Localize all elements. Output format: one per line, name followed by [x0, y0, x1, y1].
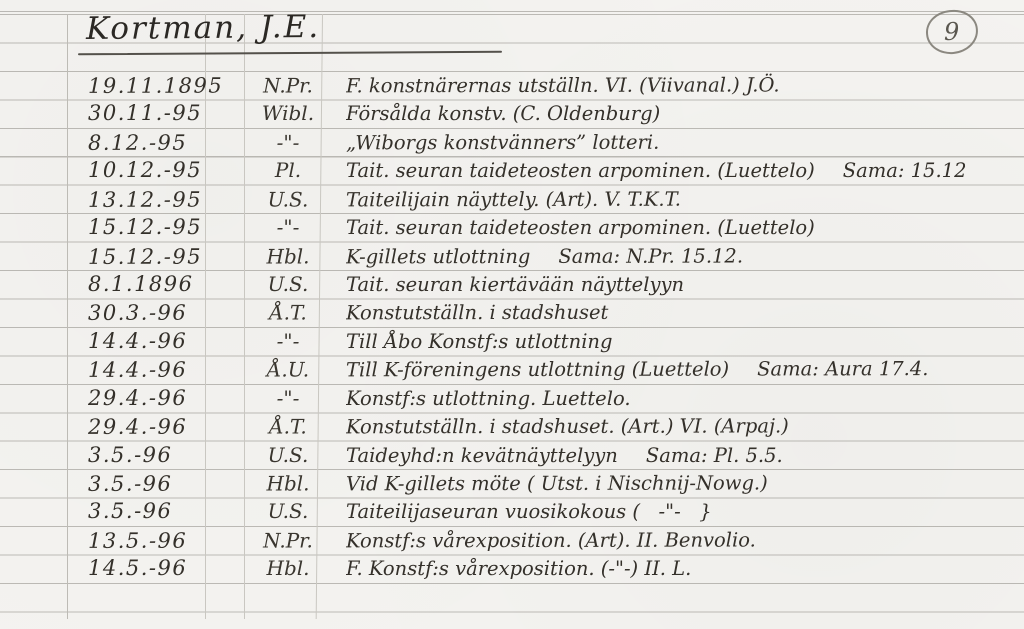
- description-text: „Wiborgs konstvänners” lotteri.: [346, 130, 659, 154]
- description-text: F. Konstf:s vårexposition. (-"-) II. L.: [346, 557, 691, 580]
- date-cell: 14.4.-96: [0, 327, 230, 355]
- source-cell: -"-: [230, 213, 346, 241]
- date-cell: 14.5.-96: [0, 554, 230, 582]
- title-underline: [78, 51, 502, 56]
- date-cell: 13.12.-95: [0, 185, 230, 214]
- date-cell: 19.11.1895: [0, 71, 230, 100]
- description-cell: Tait. seuran taideteosten arpominen. (Lu…: [346, 157, 1024, 185]
- description-text: F. konstnärernas utställn. VI. (Viivanal…: [346, 73, 780, 97]
- description-text: Försålda konstv. (C. Oldenburg): [346, 102, 660, 125]
- table-row: 15.12.-95 -"- Tait. seuran taideteosten …: [0, 213, 1024, 241]
- source-cell: -"-: [230, 327, 346, 355]
- description-text: Konstf:s vårexposition. (Art). II. Benvo…: [346, 528, 756, 552]
- description-text: Konstf:s utlottning. Luettelo.: [346, 387, 631, 410]
- table-row: 14.4.-96 Å.U. Till K-föreningens utlottn…: [0, 354, 1024, 385]
- description-cell: Konstutställn. i stadshuset: [346, 298, 1024, 328]
- ledger-rows: 19.11.1895 N.Pr. F. konstnärernas utstäl…: [0, 71, 1024, 583]
- source-cell: Hbl.: [230, 469, 346, 498]
- description-cell: Försålda konstv. (C. Oldenburg): [346, 100, 1024, 128]
- description-cell: Tait. seuran taideteosten arpominen. (Lu…: [346, 214, 1024, 242]
- description-text: Tait. seuran kiertävään näyttelyyn: [346, 273, 684, 296]
- source-cell: U.S.: [230, 441, 346, 469]
- description-cell: K-gillets utlottningSama: N.Pr. 15.12.: [346, 241, 1024, 271]
- table-row: 30.3.-96 Å.T. Konstutställn. i stadshuse…: [0, 297, 1024, 328]
- source-cell: Å.T.: [230, 412, 346, 441]
- source-cell: N.Pr.: [230, 526, 346, 555]
- page-number: 9: [944, 18, 959, 46]
- description-cell: Konstf:s utlottning. Luettelo.: [346, 385, 1024, 413]
- table-row: 29.4.-96 Å.T. Konstutställn. i stadshuse…: [0, 411, 1024, 442]
- date-cell: 8.12.-95: [0, 128, 230, 157]
- description-cell: Till K-föreningens utlottning (Luettelo)…: [346, 355, 1024, 385]
- description-text: Tait. seuran taideteosten arpominen. (Lu…: [346, 159, 815, 182]
- table-row: 10.12.-95 Pl. Tait. seuran taideteosten …: [0, 156, 1024, 184]
- note-text: Sama: 15.12: [843, 159, 967, 182]
- date-cell: 13.5.-96: [0, 526, 230, 555]
- date-cell: 30.3.-96: [0, 299, 230, 328]
- note-text: Sama: Aura 17.4.: [757, 357, 928, 380]
- description-text: Tait. seuran taideteosten arpominen. (Lu…: [346, 216, 815, 239]
- table-row: 19.11.1895 N.Pr. F. konstnärernas utstäl…: [0, 70, 1024, 101]
- source-cell: U.S.: [230, 185, 346, 214]
- table-row: 3.5.-96 Hbl. Vid K-gillets möte ( Utst. …: [0, 468, 1024, 499]
- description-cell: „Wiborgs konstvänners” lotteri.: [346, 128, 1024, 158]
- source-cell: Wibl.: [230, 99, 346, 127]
- description-text: Vid K-gillets möte ( Utst. i Nischnij-No…: [346, 471, 768, 495]
- description-cell: F. konstnärernas utställn. VI. (Viivanal…: [346, 71, 1024, 101]
- description-text: Taideyhd:n kevätnäyttelyyn: [346, 444, 618, 467]
- date-cell: 15.12.-95: [0, 242, 230, 271]
- table-row: 13.12.-95 U.S. Taiteilijain näyttely. (A…: [0, 184, 1024, 215]
- table-row: 3.5.-96 U.S. Taiteilijaseuran vuosikokou…: [0, 497, 1024, 525]
- source-cell: Hbl.: [230, 242, 346, 271]
- description-cell: Konstutställn. i stadshuset. (Art.) VI. …: [346, 412, 1024, 442]
- description-cell: Vid K-gillets möte ( Utst. i Nischnij-No…: [346, 469, 1024, 499]
- description-cell: Konstf:s vårexposition. (Art). II. Benvo…: [346, 526, 1024, 556]
- date-cell: 8.1.1896: [0, 270, 230, 298]
- date-cell: 10.12.-95: [0, 156, 230, 184]
- page-title: Kortman, J.E.: [86, 9, 320, 47]
- source-cell: Hbl.: [230, 554, 346, 582]
- description-cell: Taiteilijain näyttely. (Art). V. T.K.T.: [346, 185, 1024, 215]
- date-cell: 29.4.-96: [0, 384, 230, 412]
- table-row: 14.4.-96 -"- Till Åbo Konstf:s utlottnin…: [0, 327, 1024, 355]
- source-cell: N.Pr.: [230, 71, 346, 100]
- date-cell: 3.5.-96: [0, 470, 230, 499]
- description-text: Till K-föreningens utlottning (Luettelo): [346, 358, 729, 382]
- table-row: 8.12.-95 -"- „Wiborgs konstvänners” lott…: [0, 127, 1024, 158]
- date-cell: 3.5.-96: [0, 497, 230, 525]
- date-cell: 14.4.-96: [0, 356, 230, 385]
- description-text: Till Åbo Konstf:s utlottning: [346, 330, 612, 353]
- note-text: Sama: Pl. 5.5.: [646, 444, 783, 467]
- source-cell: U.S.: [230, 270, 346, 298]
- source-cell: U.S.: [230, 497, 346, 525]
- date-cell: 30.11.-95: [0, 99, 230, 127]
- description-text: Taiteilijain näyttely. (Art). V. T.K.T.: [346, 187, 681, 211]
- table-row: 14.5.-96 Hbl. F. Konstf:s vårexposition.…: [0, 554, 1024, 582]
- description-text: Taiteilijaseuran vuosikokous ( -"- }: [346, 500, 712, 523]
- date-cell: 29.4.-96: [0, 413, 230, 442]
- description-cell: Till Åbo Konstf:s utlottning: [346, 328, 1024, 356]
- source-cell: -"-: [230, 384, 346, 412]
- ledger-page: Kortman, J.E. 9 19.11.1895 N.Pr. F. kons…: [0, 0, 1024, 629]
- description-text: Konstutställn. i stadshuset: [346, 301, 608, 325]
- table-row: 29.4.-96 -"- Konstf:s utlottning. Luette…: [0, 384, 1024, 412]
- description-text: Konstutställn. i stadshuset. (Art.) VI. …: [346, 415, 789, 439]
- table-row: 3.5.-96 U.S. Taideyhd:n kevätnäyttelyynS…: [0, 441, 1024, 469]
- source-cell: Å.U.: [230, 356, 346, 385]
- page-number-badge: 9: [924, 8, 980, 56]
- table-row: 8.1.1896 U.S. Tait. seuran kiertävään nä…: [0, 270, 1024, 298]
- description-cell: Tait. seuran kiertävään näyttelyyn: [346, 271, 1024, 299]
- description-cell: F. Konstf:s vårexposition. (-"-) II. L.: [346, 555, 1024, 583]
- source-cell: Å.T.: [230, 299, 346, 328]
- table-row: 15.12.-95 Hbl. K-gillets utlottningSama:…: [0, 240, 1024, 271]
- table-row: 30.11.-95 Wibl. Försålda konstv. (C. Old…: [0, 99, 1024, 127]
- source-cell: -"-: [230, 128, 346, 157]
- description-cell: Taiteilijaseuran vuosikokous ( -"- }: [346, 498, 1024, 526]
- date-cell: 3.5.-96: [0, 441, 230, 469]
- description-cell: Taideyhd:n kevätnäyttelyynSama: Pl. 5.5.: [346, 442, 1024, 470]
- table-row: 13.5.-96 N.Pr. Konstf:s vårexposition. (…: [0, 525, 1024, 556]
- source-cell: Pl.: [230, 156, 346, 184]
- description-text: K-gillets utlottning: [346, 244, 530, 267]
- date-cell: 15.12.-95: [0, 213, 230, 241]
- note-text: Sama: N.Pr. 15.12.: [558, 244, 743, 267]
